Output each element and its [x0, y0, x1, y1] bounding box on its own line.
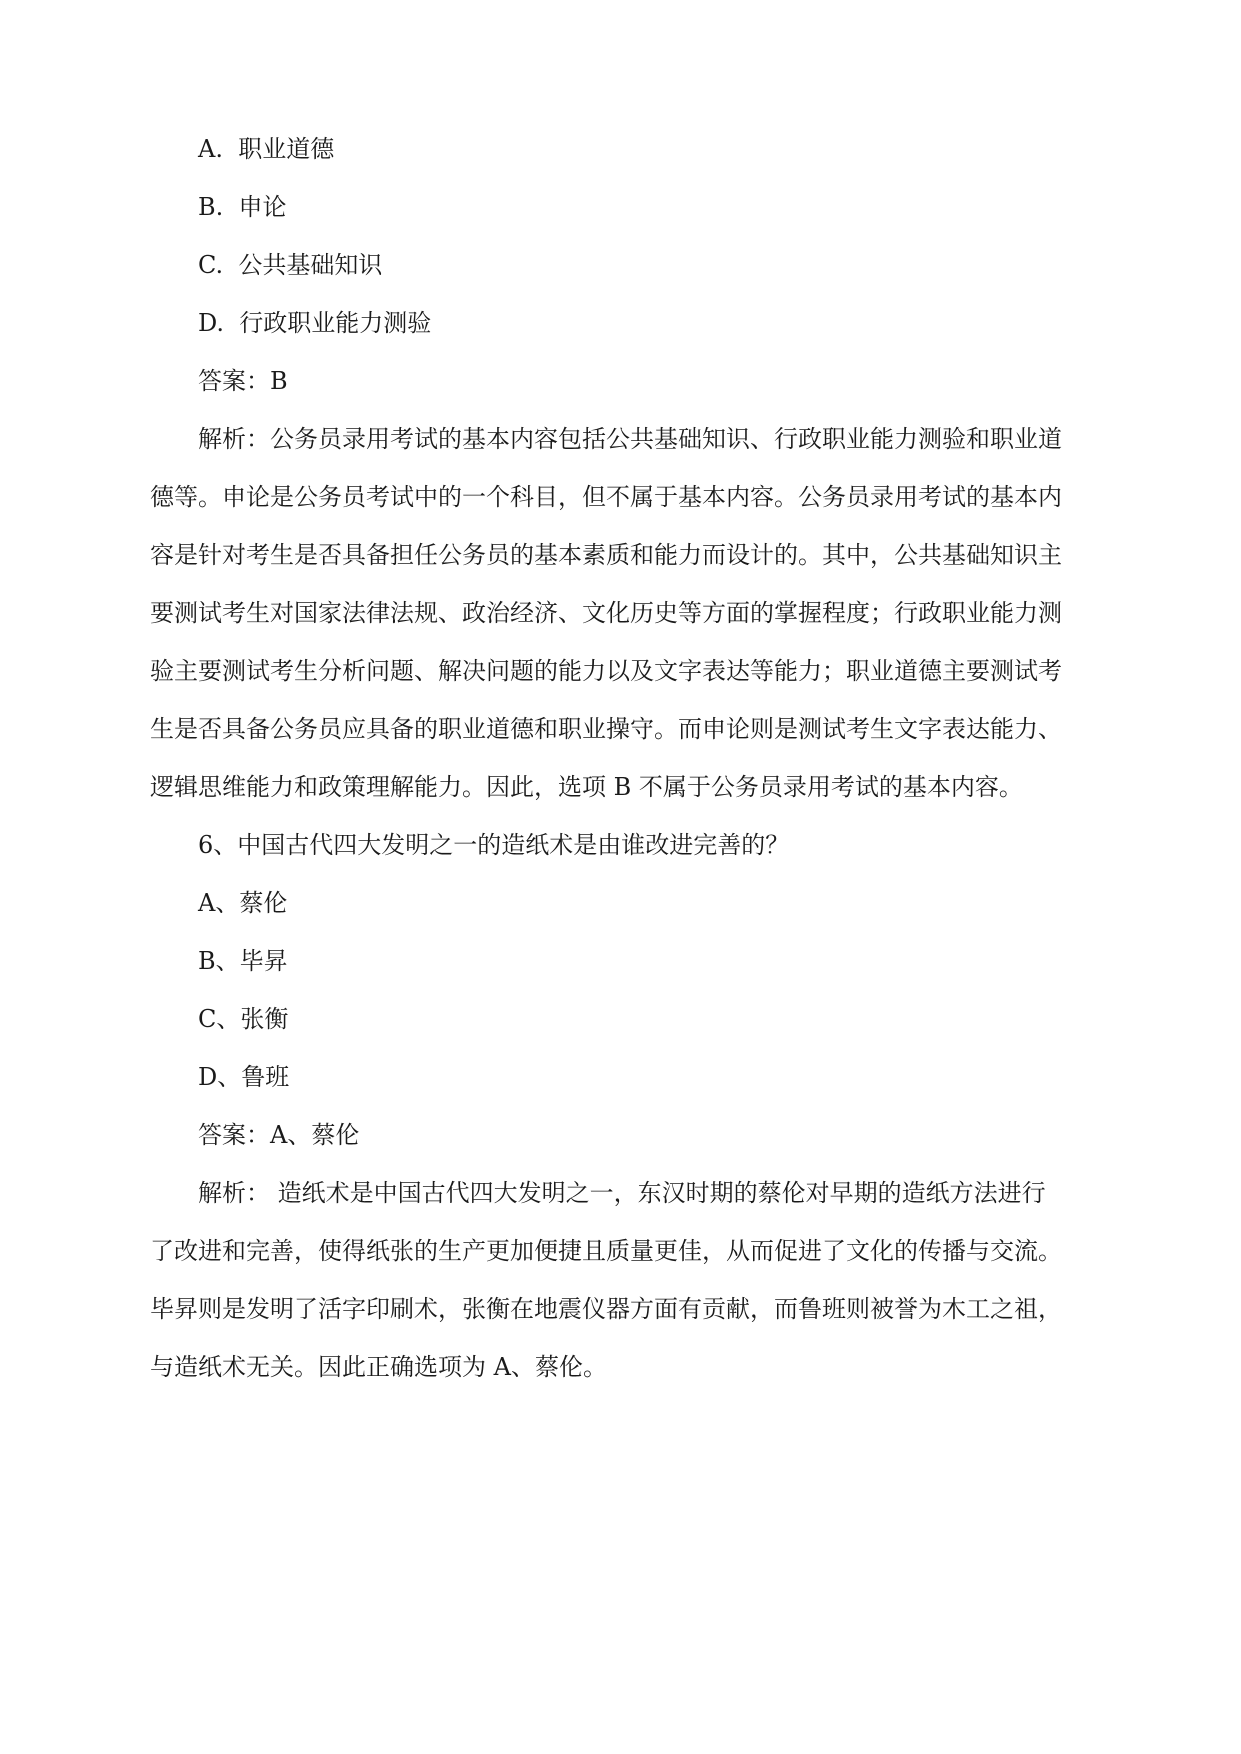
q6-answer: 答案：A、蔡伦 — [198, 1120, 359, 1150]
option-text: 申论 — [239, 193, 287, 221]
q6-option-b: B、毕昇 — [198, 946, 288, 976]
q5-analysis-line: 逻辑思维能力和政策理解能力。因此，选项 B 不属于公务员录用考试的基本内容。 — [150, 772, 1023, 802]
option-text: 行政职业能力测验 — [239, 309, 431, 337]
q6-option-c: C、张衡 — [198, 1004, 288, 1034]
q5-option-b: B. 申论 — [198, 192, 287, 222]
q6-analysis-line: 与造纸术无关。因此正确选项为 A、蔡伦。 — [150, 1352, 607, 1382]
q5-analysis-line: 容是针对考生是否具备担任公务员的基本素质和能力而设计的。其中，公共基础知识主 — [150, 540, 1062, 570]
q6-option-d: D、鲁班 — [198, 1062, 289, 1092]
document-page: A. 职业道德 B. 申论 C. 公共基础知识 D. 行政职业能力测验 答案：B… — [0, 0, 1241, 1754]
q5-analysis-line: 生是否具备公务员应具备的职业道德和职业操守。而申论则是测试考生文字表达能力、 — [150, 714, 1062, 744]
option-label: D、 — [198, 1063, 241, 1091]
option-label: D. — [198, 309, 224, 337]
option-label: C、 — [198, 1005, 240, 1033]
option-text: 公共基础知识 — [238, 251, 382, 279]
option-text: 张衡 — [240, 1005, 288, 1033]
q6-stem: 6、中国古代四大发明之一的造纸术是由谁改进完善的？ — [198, 830, 789, 860]
option-label: B、 — [198, 947, 240, 975]
q5-analysis-line: 验主要测试考生分析问题、解决问题的能力以及文字表达等能力；职业道德主要测试考 — [150, 656, 1062, 686]
q6-analysis-line: 毕昇则是发明了活字印刷术，张衡在地震仪器方面有贡献，而鲁班则被誉为木工之祖， — [150, 1294, 1062, 1324]
q5-analysis-line: 解析：公务员录用考试的基本内容包括公共基础知识、行政职业能力测验和职业道 — [198, 424, 1062, 454]
q5-option-c: C. 公共基础知识 — [198, 250, 382, 280]
q5-analysis-line: 德等。申论是公务员考试中的一个科目，但不属于基本内容。公务员录用考试的基本内 — [150, 482, 1062, 512]
q5-option-d: D. 行政职业能力测验 — [198, 308, 431, 338]
q6-analysis-line: 解析： 造纸术是中国古代四大发明之一，东汉时期的蔡伦对早期的造纸方法进行 — [198, 1178, 1046, 1208]
option-text: 职业道德 — [238, 135, 334, 163]
option-label: A. — [198, 135, 223, 163]
option-label: C. — [198, 251, 223, 279]
q5-option-a: A. 职业道德 — [198, 134, 334, 164]
option-text: 蔡伦 — [239, 889, 287, 917]
q5-analysis-line: 要测试考生对国家法律法规、政治经济、文化历史等方面的掌握程度；行政职业能力测 — [150, 598, 1062, 628]
option-label: A、 — [198, 889, 239, 917]
option-text: 毕昇 — [240, 947, 288, 975]
q5-answer: 答案：B — [198, 366, 288, 396]
option-label: B. — [198, 193, 223, 221]
option-text: 鲁班 — [241, 1063, 289, 1091]
q6-option-a: A、蔡伦 — [198, 888, 287, 918]
q6-analysis-line: 了改进和完善，使得纸张的生产更加便捷且质量更佳，从而促进了文化的传播与交流。 — [150, 1236, 1062, 1266]
